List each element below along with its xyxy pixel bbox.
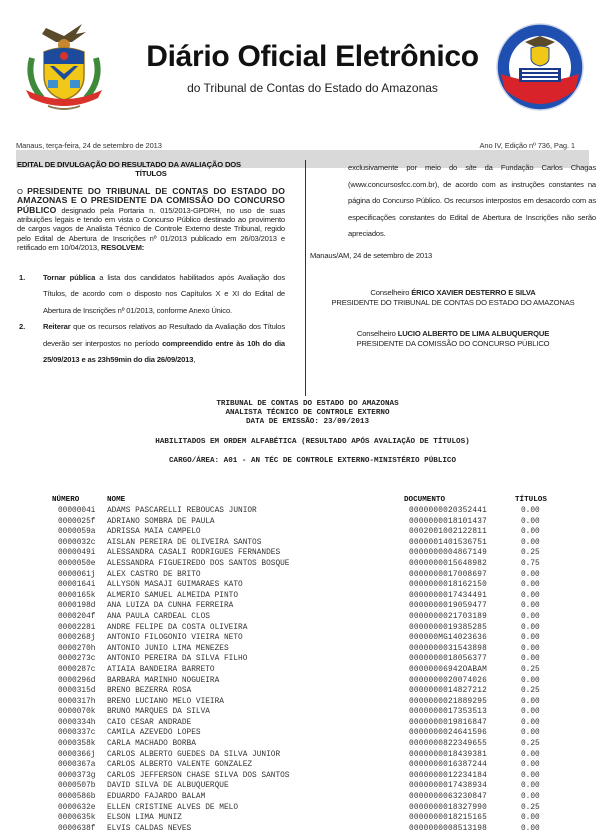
cell-numero: 0000638f <box>58 824 95 835</box>
cell-titulos: 0.25 <box>521 686 540 697</box>
table-row: 0000004iADAMS PASCARELLI REBOUCAS JUNIOR… <box>52 506 572 517</box>
cell-numero: 0000315d <box>58 686 95 697</box>
cell-documento: 0000000016387244 <box>409 760 487 771</box>
place-date: Manaus/AM, 24 de setembro de 2013 <box>310 251 596 260</box>
cell-documento: 0000000014827212 <box>409 686 487 697</box>
cell-titulos: 0.00 <box>521 707 540 718</box>
table-row: 0000586bEDUARDO FAJARDO BALAM00000000632… <box>52 792 572 803</box>
cell-nome: CAIO CESAR ANDRADE <box>107 718 191 729</box>
report-line-position: ANALISTA TÉCNICO DE CONTROLE EXTERNO <box>10 409 605 418</box>
table-row: 0000268jANTONIO FILOGONIO VIEIRA NETO000… <box>52 633 572 644</box>
table-row: 0000366jCARLOS ALBERTO GUEDES DA SILVA J… <box>52 750 572 761</box>
cell-titulos: 0.00 <box>521 697 540 708</box>
continuation-text: exclusivamente por meio do site da Funda… <box>310 160 596 243</box>
signature-title: Conselheiro <box>357 329 398 338</box>
table-row: 0000270hANTONIO JUNIO LIMA MENEZES000000… <box>52 644 572 655</box>
signature-block: Conselheiro ÉRICO XAVIER DESTERRO E SILV… <box>310 288 596 308</box>
signature-name: ÉRICO XAVIER DESTERRO E SILVA <box>411 288 535 297</box>
cell-documento: 0000001401536751 <box>409 538 487 549</box>
table-row: 0000317hBRENO LUCIANO MELO VIEIRA0000000… <box>52 697 572 708</box>
table-row: 0000507bDAVID SILVA DE ALBUQUERQUE000000… <box>52 781 572 792</box>
table-row: 0000337cCAMILA AZEVEDO LOPES000000002464… <box>52 728 572 739</box>
cell-titulos: 0.00 <box>521 813 540 824</box>
cell-documento: 0000000018327990 <box>409 803 487 814</box>
signature-name: LUCIO ALBERTO DE LIMA ALBUQUERQUE <box>398 329 549 338</box>
results-table: NÚMERO NOME DOCUMENTO TÍTULOS 0000004iAD… <box>52 496 572 834</box>
cell-documento: 0000000008513198 <box>409 824 487 835</box>
cell-numero: 0000004i <box>58 506 95 517</box>
cell-documento: 00000006942OABAM <box>409 665 487 676</box>
cell-documento: 0000000017008697 <box>409 570 487 581</box>
cell-numero: 0000061j <box>58 570 95 581</box>
cell-nome: ATIAIA BANDEIRA BARRETO <box>107 665 215 676</box>
cell-titulos: 0.75 <box>521 559 540 570</box>
cell-titulos: 0.00 <box>521 676 540 687</box>
item-number: 2. <box>17 319 43 369</box>
resolution-item: 1. Tornar pública a lista dos candidatos… <box>17 270 285 320</box>
cell-titulos: 0.25 <box>521 665 540 676</box>
cell-titulos: 0.00 <box>521 570 540 581</box>
cell-nome: ANA LUIZA DA CUNHA FERREIRA <box>107 601 233 612</box>
table-row: 0000358kCARLA MACHADO BORBA0000000822349… <box>52 739 572 750</box>
cell-documento: 0000000018056377 <box>409 654 487 665</box>
table-body: 0000004iADAMS PASCARELLI REBOUCAS JUNIOR… <box>52 506 572 834</box>
cell-nome: ELVIS CALDAS NEVES <box>107 824 191 835</box>
cell-numero: 0000366j <box>58 750 95 761</box>
cell-titulos: 0.00 <box>521 601 540 612</box>
cell-numero: 0000032c <box>58 538 95 549</box>
cell-documento: 0000000019385285 <box>409 623 487 634</box>
cell-titulos: 0.00 <box>521 750 540 761</box>
column-header-nome: NOME <box>107 496 125 504</box>
cell-titulos: 0.00 <box>521 591 540 602</box>
cell-numero: 0000287c <box>58 665 95 676</box>
cell-numero: 0000337c <box>58 728 95 739</box>
cell-nome: EDUARDO FAJARDO BALAM <box>107 792 205 803</box>
column-header-documento: DOCUMENTO <box>404 496 445 504</box>
cell-nome: ALESSANDRA FIGUEIREDO DOS SANTOS BOSQUE <box>107 559 289 570</box>
column-divider <box>305 160 306 396</box>
cell-nome: ALEX CASTRO DE BRITO <box>107 570 201 581</box>
table-row: 0000632eELLEN CRISTINE ALVES DE MELO0000… <box>52 803 572 814</box>
cell-numero: 0000273c <box>58 654 95 665</box>
edition-info: Ano IV, Edição nº 736, Pag. 1 <box>480 141 575 150</box>
cell-documento: 0000000017438934 <box>409 781 487 792</box>
cell-titulos: 0.00 <box>521 580 540 591</box>
edital-intro: O PRESIDENTE DO TRIBUNAL DE CONTAS DO ES… <box>17 187 285 253</box>
table-row: 0000198dANA LUIZA DA CUNHA FERREIRA00000… <box>52 601 572 612</box>
cell-documento: 0000000017353513 <box>409 707 487 718</box>
report-line-date: DATA DE EMISSÃO: 23/09/2013 <box>10 418 605 427</box>
cell-documento: 0000000018101437 <box>409 517 487 528</box>
cell-numero: 0000367a <box>58 760 95 771</box>
column-header-numero: NÚMERO <box>52 496 79 504</box>
cell-documento: 000000MG14023636 <box>409 633 487 644</box>
table-row: 0000165kALMERIO SAMUEL ALMEIDA PINTO0000… <box>52 591 572 602</box>
cell-numero: 0000268j <box>58 633 95 644</box>
table-row: 0000296dBARBARA MARINHO NOGUEIRA00000000… <box>52 676 572 687</box>
cell-numero: 0000204f <box>58 612 95 623</box>
cell-nome: BARBARA MARINHO NOGUEIRA <box>107 676 219 687</box>
cell-titulos: 0.00 <box>521 623 540 634</box>
cell-documento: 0000000822349655 <box>409 739 487 750</box>
signature-name-line: Conselheiro LUCIO ALBERTO DE LIMA ALBUQU… <box>310 329 596 339</box>
cell-nome: ANTONIO FILOGONIO VIEIRA NETO <box>107 633 243 644</box>
report-subtitle: HABILITADOS EM ORDEM ALFABÉTICA (RESULTA… <box>0 438 605 446</box>
cell-numero: 0000165k <box>58 591 95 602</box>
cell-titulos: 0.00 <box>521 718 540 729</box>
table-row: 0000287cATIAIA BANDEIRA BARRETO000000069… <box>52 665 572 676</box>
cell-titulos: 0.00 <box>521 612 540 623</box>
table-row: 0000635kELSON LIMA MUNIZ0000000018215165… <box>52 813 572 824</box>
table-row: 0000367aCARLOS ALBERTO VALENTE GONZALEZ0… <box>52 760 572 771</box>
cell-titulos: 0.00 <box>521 760 540 771</box>
cell-nome: ANDRE FELIPE DA COSTA OLIVEIRA <box>107 623 247 634</box>
signature-block: Conselheiro LUCIO ALBERTO DE LIMA ALBUQU… <box>310 329 596 349</box>
table-row: 0000334hCAIO CESAR ANDRADE00000000198168… <box>52 718 572 729</box>
cell-nome: CARLOS ALBERTO GUEDES DA SILVA JUNIOR <box>107 750 280 761</box>
cell-nome: ANTONIO PEREIRA DA SILVA FILHO <box>107 654 247 665</box>
cell-titulos: 0.00 <box>521 781 540 792</box>
results-report-header: TRIBUNAL DE CONTAS DO ESTADO DO AMAZONAS… <box>0 400 605 465</box>
edital-title-line2: TÍTULOS <box>135 169 166 178</box>
table-header: NÚMERO NOME DOCUMENTO TÍTULOS <box>52 496 572 506</box>
table-row: 0000049iALESSANDRA CASALI RODRIGUES FERN… <box>52 548 572 559</box>
cell-nome: ELSON LIMA MUNIZ <box>107 813 182 824</box>
cell-nome: BRENO LUCIANO MELO VIEIRA <box>107 697 224 708</box>
table-row: 0000273cANTONIO PEREIRA DA SILVA FILHO00… <box>52 654 572 665</box>
cell-documento: 0000000019816847 <box>409 718 487 729</box>
cell-documento: 0000000024641596 <box>409 728 487 739</box>
cell-documento: 0000000021703189 <box>409 612 487 623</box>
signature-title: Conselheiro <box>370 288 411 297</box>
cell-numero: 0000070k <box>58 707 95 718</box>
cell-titulos: 0.00 <box>521 538 540 549</box>
table-row: 0000070kBRUNO MARQUES DA SILVA0000000017… <box>52 707 572 718</box>
cell-nome: ADRISSA MAIA CAMPELO <box>107 527 201 538</box>
cell-nome: ALESSANDRA CASALI RODRIGUES FERNANDES <box>107 548 280 559</box>
table-row: 0000025fADRIANO SOMBRA DE PAULA000000001… <box>52 517 572 528</box>
cell-numero: 0000050e <box>58 559 95 570</box>
table-row: 0000061jALEX CASTRO DE BRITO000000001700… <box>52 570 572 581</box>
cell-numero: 0000164i <box>58 580 95 591</box>
cell-nome: ADRIANO SOMBRA DE PAULA <box>107 517 215 528</box>
cell-titulos: 0.00 <box>521 633 540 644</box>
cell-documento: 0000000018439381 <box>409 750 487 761</box>
cell-titulos: 0.00 <box>521 792 540 803</box>
cell-numero: 0000059a <box>58 527 95 538</box>
cell-nome: BRUNO MARQUES DA SILVA <box>107 707 210 718</box>
cell-numero: 0000049i <box>58 548 95 559</box>
cell-numero: 0000334h <box>58 718 95 729</box>
cell-titulos: 0.25 <box>521 548 540 559</box>
column-header-titulos: TÍTULOS <box>515 496 547 504</box>
cell-titulos: 0.00 <box>521 644 540 655</box>
cell-nome: ELLEN CRISTINE ALVES DE MELO <box>107 803 238 814</box>
signature-role: PRESIDENTE DA COMISSÃO DO CONCURSO PÚBLI… <box>310 339 596 349</box>
cell-nome: ANTONIO JUNIO LIMA MENEZES <box>107 644 229 655</box>
cell-titulos: 0.00 <box>521 728 540 739</box>
cell-nome: ALLYSON MASAJI GUIMARAES KATO <box>107 580 243 591</box>
cell-numero: 0000635k <box>58 813 95 824</box>
newspaper-masthead: Diário Oficial Eletrônico do Tribunal de… <box>0 0 605 130</box>
cell-nome: ANA PAULA CARDEAL CLOS <box>107 612 210 623</box>
cell-numero: 0000586b <box>58 792 95 803</box>
cell-numero: 0000632e <box>58 803 95 814</box>
cell-numero: 0000296d <box>58 676 95 687</box>
cell-documento: 0000000012234184 <box>409 771 487 782</box>
item-text: Tornar pública a lista dos candidatos ha… <box>43 270 285 320</box>
cell-numero: 0000317h <box>58 697 95 708</box>
resolution-items: 1. Tornar pública a lista dos candidatos… <box>17 270 285 369</box>
edital-right-column: exclusivamente por meio do site da Funda… <box>310 160 596 349</box>
item-keyword: Reiterar <box>43 322 71 331</box>
intro-resolvem: RESOLVEM: <box>101 243 144 252</box>
cell-nome: ADAMS PASCARELLI REBOUCAS JUNIOR <box>107 506 257 517</box>
signature-role: PRESIDENTE DO TRIBUNAL DE CONTAS DO ESTA… <box>310 298 596 308</box>
cell-nome: CARLOS ALBERTO VALENTE GONZALEZ <box>107 760 252 771</box>
intro-body: designado pela Portaria n. 015/2013-GPDR… <box>17 206 285 253</box>
continuation-post: da Fundação Carlos Chagas (www.concursos… <box>348 163 596 238</box>
item-text: Reiterar que os recursos relativos ao Re… <box>43 319 285 369</box>
report-cargo: CARGO/ÁREA: A01 - AN TÉC DE CONTROLE EXT… <box>0 457 605 465</box>
cell-titulos: 0.00 <box>521 527 540 538</box>
table-row: 0000638fELVIS CALDAS NEVES00000000085131… <box>52 824 572 835</box>
cell-titulos: 0.25 <box>521 739 540 750</box>
cell-documento: 0000000063230847 <box>409 792 487 803</box>
table-row: 0000228iANDRE FELIPE DA COSTA OLIVEIRA00… <box>52 623 572 634</box>
table-row: 0000050eALESSANDRA FIGUEIREDO DOS SANTOS… <box>52 559 572 570</box>
cell-nome: DAVID SILVA DE ALBUQUERQUE <box>107 781 229 792</box>
cell-numero: 0000507b <box>58 781 95 792</box>
cell-numero: 0000358k <box>58 739 95 750</box>
cell-documento: 0000000015648982 <box>409 559 487 570</box>
table-row: 0000059aADRISSA MAIA CAMPELO000200100212… <box>52 527 572 538</box>
table-row: 0000373gCARLOS JEFFERSON CHASE SILVA DOS… <box>52 771 572 782</box>
table-row: 0000032cAISLAN PEREIRA DE OLIVEIRA SANTO… <box>52 538 572 549</box>
cell-titulos: 0.00 <box>521 824 540 835</box>
report-line-institution: TRIBUNAL DE CONTAS DO ESTADO DO AMAZONAS <box>10 400 605 409</box>
edital-title-line1: EDITAL DE DIVULGAÇÃO DO RESULTADO DA AVA… <box>17 160 285 169</box>
cell-titulos: 0.00 <box>521 654 540 665</box>
cell-numero: 0000025f <box>58 517 95 528</box>
cell-titulos: 0.25 <box>521 803 540 814</box>
continuation-site-word: site <box>465 163 476 172</box>
resolution-item: 2. Reiterar que os recursos relativos ao… <box>17 319 285 369</box>
cell-documento: 0000000020074026 <box>409 676 487 687</box>
cell-documento: 0000000021889295 <box>409 697 487 708</box>
table-row: 0000164iALLYSON MASAJI GUIMARAES KATO000… <box>52 580 572 591</box>
table-row: 0000315dBRENO BEZERRA ROSA00000000148272… <box>52 686 572 697</box>
cell-documento: 0002001002122811 <box>409 527 487 538</box>
item-body-end: , <box>193 355 195 364</box>
cell-numero: 0000198d <box>58 601 95 612</box>
cell-nome: CAMILA AZEVEDO LOPES <box>107 728 201 739</box>
item-keyword: Tornar pública <box>43 273 95 282</box>
cell-nome: BRENO BEZERRA ROSA <box>107 686 191 697</box>
cell-documento: 0000000004867149 <box>409 548 487 559</box>
cell-documento: 0000000018162150 <box>409 580 487 591</box>
cell-numero: 0000373g <box>58 771 95 782</box>
issue-dateline: Manaus, terça-feira, 24 de setembro de 2… <box>16 141 162 150</box>
cell-titulos: 0.00 <box>521 517 540 528</box>
cell-nome: AISLAN PEREIRA DE OLIVEIRA SANTOS <box>107 538 261 549</box>
cell-titulos: 0.00 <box>521 771 540 782</box>
report-heading: TRIBUNAL DE CONTAS DO ESTADO DO AMAZONAS… <box>0 400 605 427</box>
cell-documento: 0000000031543898 <box>409 644 487 655</box>
cell-titulos: 0.00 <box>521 506 540 517</box>
cell-nome: ALMERIO SAMUEL ALMEIDA PINTO <box>107 591 238 602</box>
item-number: 1. <box>17 270 43 320</box>
cell-nome: CARLA MACHADO BORBA <box>107 739 196 750</box>
cell-numero: 0000270h <box>58 644 95 655</box>
edital-left-column: EDITAL DE DIVULGAÇÃO DO RESULTADO DA AVA… <box>17 160 285 369</box>
edital-title: EDITAL DE DIVULGAÇÃO DO RESULTADO DA AVA… <box>17 160 285 179</box>
cell-documento: 0000000020352441 <box>409 506 487 517</box>
continuation-pre: exclusivamente por meio do <box>348 163 465 172</box>
cell-documento: 0000000017434491 <box>409 591 487 602</box>
table-row: 0000204fANA PAULA CARDEAL CLOS0000000021… <box>52 612 572 623</box>
cell-documento: 0000000018215165 <box>409 813 487 824</box>
certified-institution-seal-icon <box>495 22 585 112</box>
cell-numero: 0000228i <box>58 623 95 634</box>
signature-name-line: Conselheiro ÉRICO XAVIER DESTERRO E SILV… <box>310 288 596 298</box>
cell-documento: 0000000019059477 <box>409 601 487 612</box>
cell-nome: CARLOS JEFFERSON CHASE SILVA DOS SANTOS <box>107 771 289 782</box>
